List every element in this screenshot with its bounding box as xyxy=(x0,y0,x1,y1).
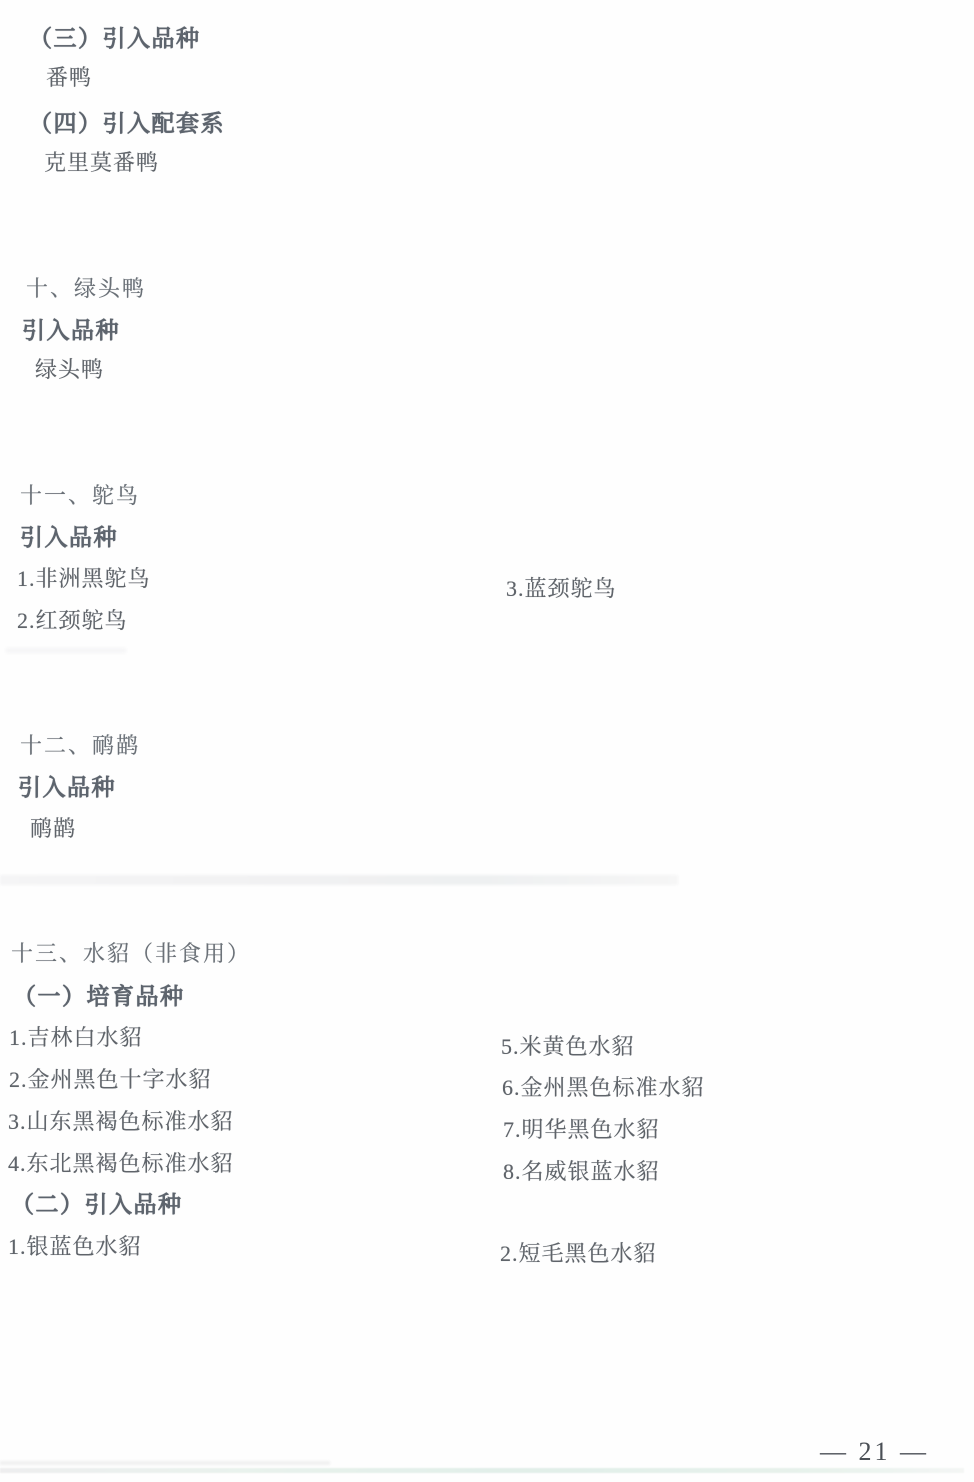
breed-item: 1.银蓝色水貂 xyxy=(8,1234,142,1259)
subsection-heading: 引入品种 xyxy=(22,317,120,343)
breed-item: 番鸭 xyxy=(46,65,92,90)
section-title: 十三、水貂（非食用） xyxy=(11,941,251,966)
breed-item: 7.明华黑色水貂 xyxy=(503,1117,660,1142)
scan-artifact-band xyxy=(0,875,678,885)
subsection-heading: 引入品种 xyxy=(18,774,116,800)
breed-item: 3.山东黑褐色标准水貂 xyxy=(8,1109,234,1134)
breed-item: 鸸鹋 xyxy=(30,816,76,841)
breed-item: 4.东北黑褐色标准水貂 xyxy=(8,1151,234,1176)
scan-artifact-smudge xyxy=(6,648,126,653)
subsection-heading: （二）引入品种 xyxy=(11,1191,183,1217)
breed-item: 3.蓝颈鸵鸟 xyxy=(506,576,617,601)
breed-item: 2.红颈鸵鸟 xyxy=(17,608,128,633)
breed-item: 2.金州黑色十字水貂 xyxy=(9,1067,212,1092)
breed-item: 绿头鸭 xyxy=(35,357,104,382)
subsection-heading: （三）引入品种 xyxy=(29,25,201,51)
breed-item: 5.米黄色水貂 xyxy=(501,1034,635,1059)
breed-item: 1.吉林白水貂 xyxy=(9,1025,143,1050)
scanned-document-page: （三）引入品种 番鸭 （四）引入配套系 克里莫番鸭 十、绿头鸭 引入品种 绿头鸭… xyxy=(0,0,974,1482)
section-title: 十一、鸵鸟 xyxy=(20,483,140,508)
section-title: 十、绿头鸭 xyxy=(26,276,146,301)
subsection-heading: 引入品种 xyxy=(20,524,118,550)
page-footer-scan-line xyxy=(0,1468,964,1473)
scan-artifact-smudge xyxy=(0,1461,330,1465)
breed-item: 8.名威银蓝水貂 xyxy=(503,1159,660,1184)
breed-item: 2.短毛黑色水貂 xyxy=(500,1241,657,1266)
subsection-heading: （四）引入配套系 xyxy=(29,110,225,136)
breed-item: 1.非洲黑鸵鸟 xyxy=(17,566,151,591)
breed-item: 克里莫番鸭 xyxy=(44,150,159,175)
subsection-heading: （一）培育品种 xyxy=(13,983,185,1009)
section-title: 十二、鸸鹋 xyxy=(20,733,140,758)
page-number: — 21 — xyxy=(820,1437,929,1467)
breed-item: 6.金州黑色标准水貂 xyxy=(502,1075,705,1100)
